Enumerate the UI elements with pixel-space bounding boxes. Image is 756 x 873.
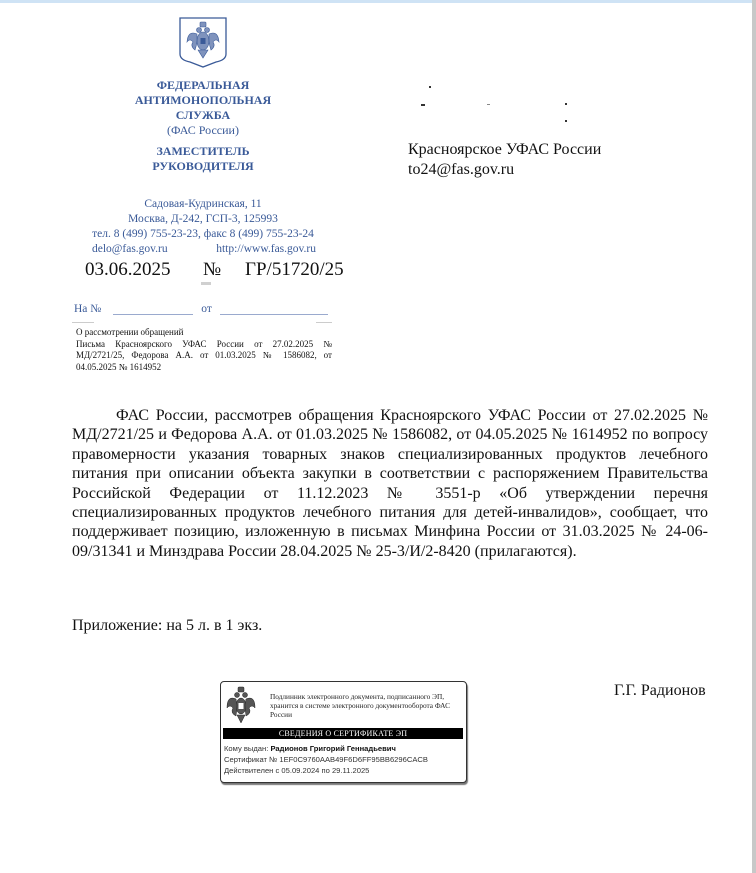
- letter-body: ФАС России, рассмотрев обращения Красноя…: [72, 406, 708, 561]
- redaction-speck: [565, 120, 567, 122]
- page-edge: [752, 0, 756, 873]
- stamp-certificate-info: Кому выдан: Радионов Григорий Геннадьеви…: [224, 743, 464, 776]
- subject-text: Письма Красноярского УФАС России от 27.0…: [76, 339, 332, 374]
- redaction-speck: [429, 86, 431, 88]
- issued-to-name: Радионов Григорий Геннадьевич: [270, 744, 395, 753]
- recipient-name: Красноярское УФАС России: [408, 140, 601, 160]
- certificate-validity: Действителен с 05.09.2024 по 29.11.2025: [224, 765, 464, 776]
- subject-block: О рассмотрении обращений Письма Краснояр…: [76, 327, 332, 373]
- org-short-name: (ФАС России): [100, 123, 306, 138]
- address-city: Москва, Д-242, ГСП-3, 125993: [72, 212, 334, 227]
- reference-date-label: от: [201, 303, 212, 315]
- subject-title: О рассмотрении обращений: [76, 327, 332, 339]
- body-paragraph: ФАС России, рассмотрев обращения Красноя…: [72, 406, 708, 561]
- org-name-line2: АНТИМОНОПОЛЬНАЯ: [100, 93, 306, 108]
- redaction-speck: [421, 104, 425, 106]
- letterhead-organization: ФЕДЕРАЛЬНАЯ АНТИМОНОПОЛЬНАЯ СЛУЖБА (ФАС …: [100, 78, 306, 174]
- registration-number: ГР/51720/25: [245, 259, 344, 281]
- reference-number-label: На №: [74, 303, 101, 315]
- signer-name: Г.Г. Радионов: [614, 682, 706, 700]
- subject-corner-mark: [72, 322, 94, 323]
- scan-artifact: [201, 282, 211, 285]
- org-email-link[interactable]: delo@fas.gov.ru: [92, 242, 168, 257]
- reference-line: На № от: [74, 302, 336, 315]
- stamp-title: СВЕДЕНИЯ О СЕРТИФИКАТЕ ЭП: [223, 728, 463, 739]
- position-line2: РУКОВОДИТЕЛЯ: [100, 159, 306, 174]
- attachment-note: Приложение: на 5 л. в 1 экз.: [72, 617, 262, 635]
- redaction-speck: [565, 103, 567, 105]
- top-strip: [0, 0, 756, 3]
- russian-coat-of-arms-icon: [225, 686, 257, 724]
- redaction-speck: [487, 104, 490, 105]
- reference-number-blank: [113, 302, 193, 315]
- registration-date: 03.06.2025: [85, 259, 203, 281]
- position-line1: ЗАМЕСТИТЕЛЬ: [100, 144, 306, 159]
- certificate-number: Сертификат № 1EF0C9760AAB49F6D6FF95BB629…: [224, 754, 464, 765]
- org-name-line1: ФЕДЕРАЛЬНАЯ: [100, 78, 306, 93]
- issued-to-label: Кому выдан:: [224, 744, 268, 753]
- recipient-block: Красноярское УФАС России to24@fas.gov.ru: [408, 140, 601, 180]
- registration-line: 03.06.2025 № ГР/51720/25: [85, 259, 360, 281]
- subject-corner-mark: [316, 322, 332, 323]
- address-street: Садовая-Кудринская, 11: [72, 197, 334, 212]
- address-phones: тел. 8 (499) 755-23-23, факс 8 (499) 755…: [72, 227, 334, 242]
- recipient-email[interactable]: to24@fas.gov.ru: [408, 160, 601, 180]
- stamp-note: Подлинник электронного документа, подпис…: [270, 692, 462, 719]
- number-sign: №: [203, 259, 245, 281]
- electronic-signature-stamp: Подлинник электронного документа, подпис…: [220, 681, 467, 783]
- russian-coat-of-arms-icon: [178, 16, 228, 68]
- org-name-line3: СЛУЖБА: [100, 108, 306, 123]
- reference-date-blank: [220, 302, 328, 315]
- letterhead-address: Садовая-Кудринская, 11 Москва, Д-242, ГС…: [72, 197, 334, 257]
- org-website-link[interactable]: http://www.fas.gov.ru: [216, 242, 316, 257]
